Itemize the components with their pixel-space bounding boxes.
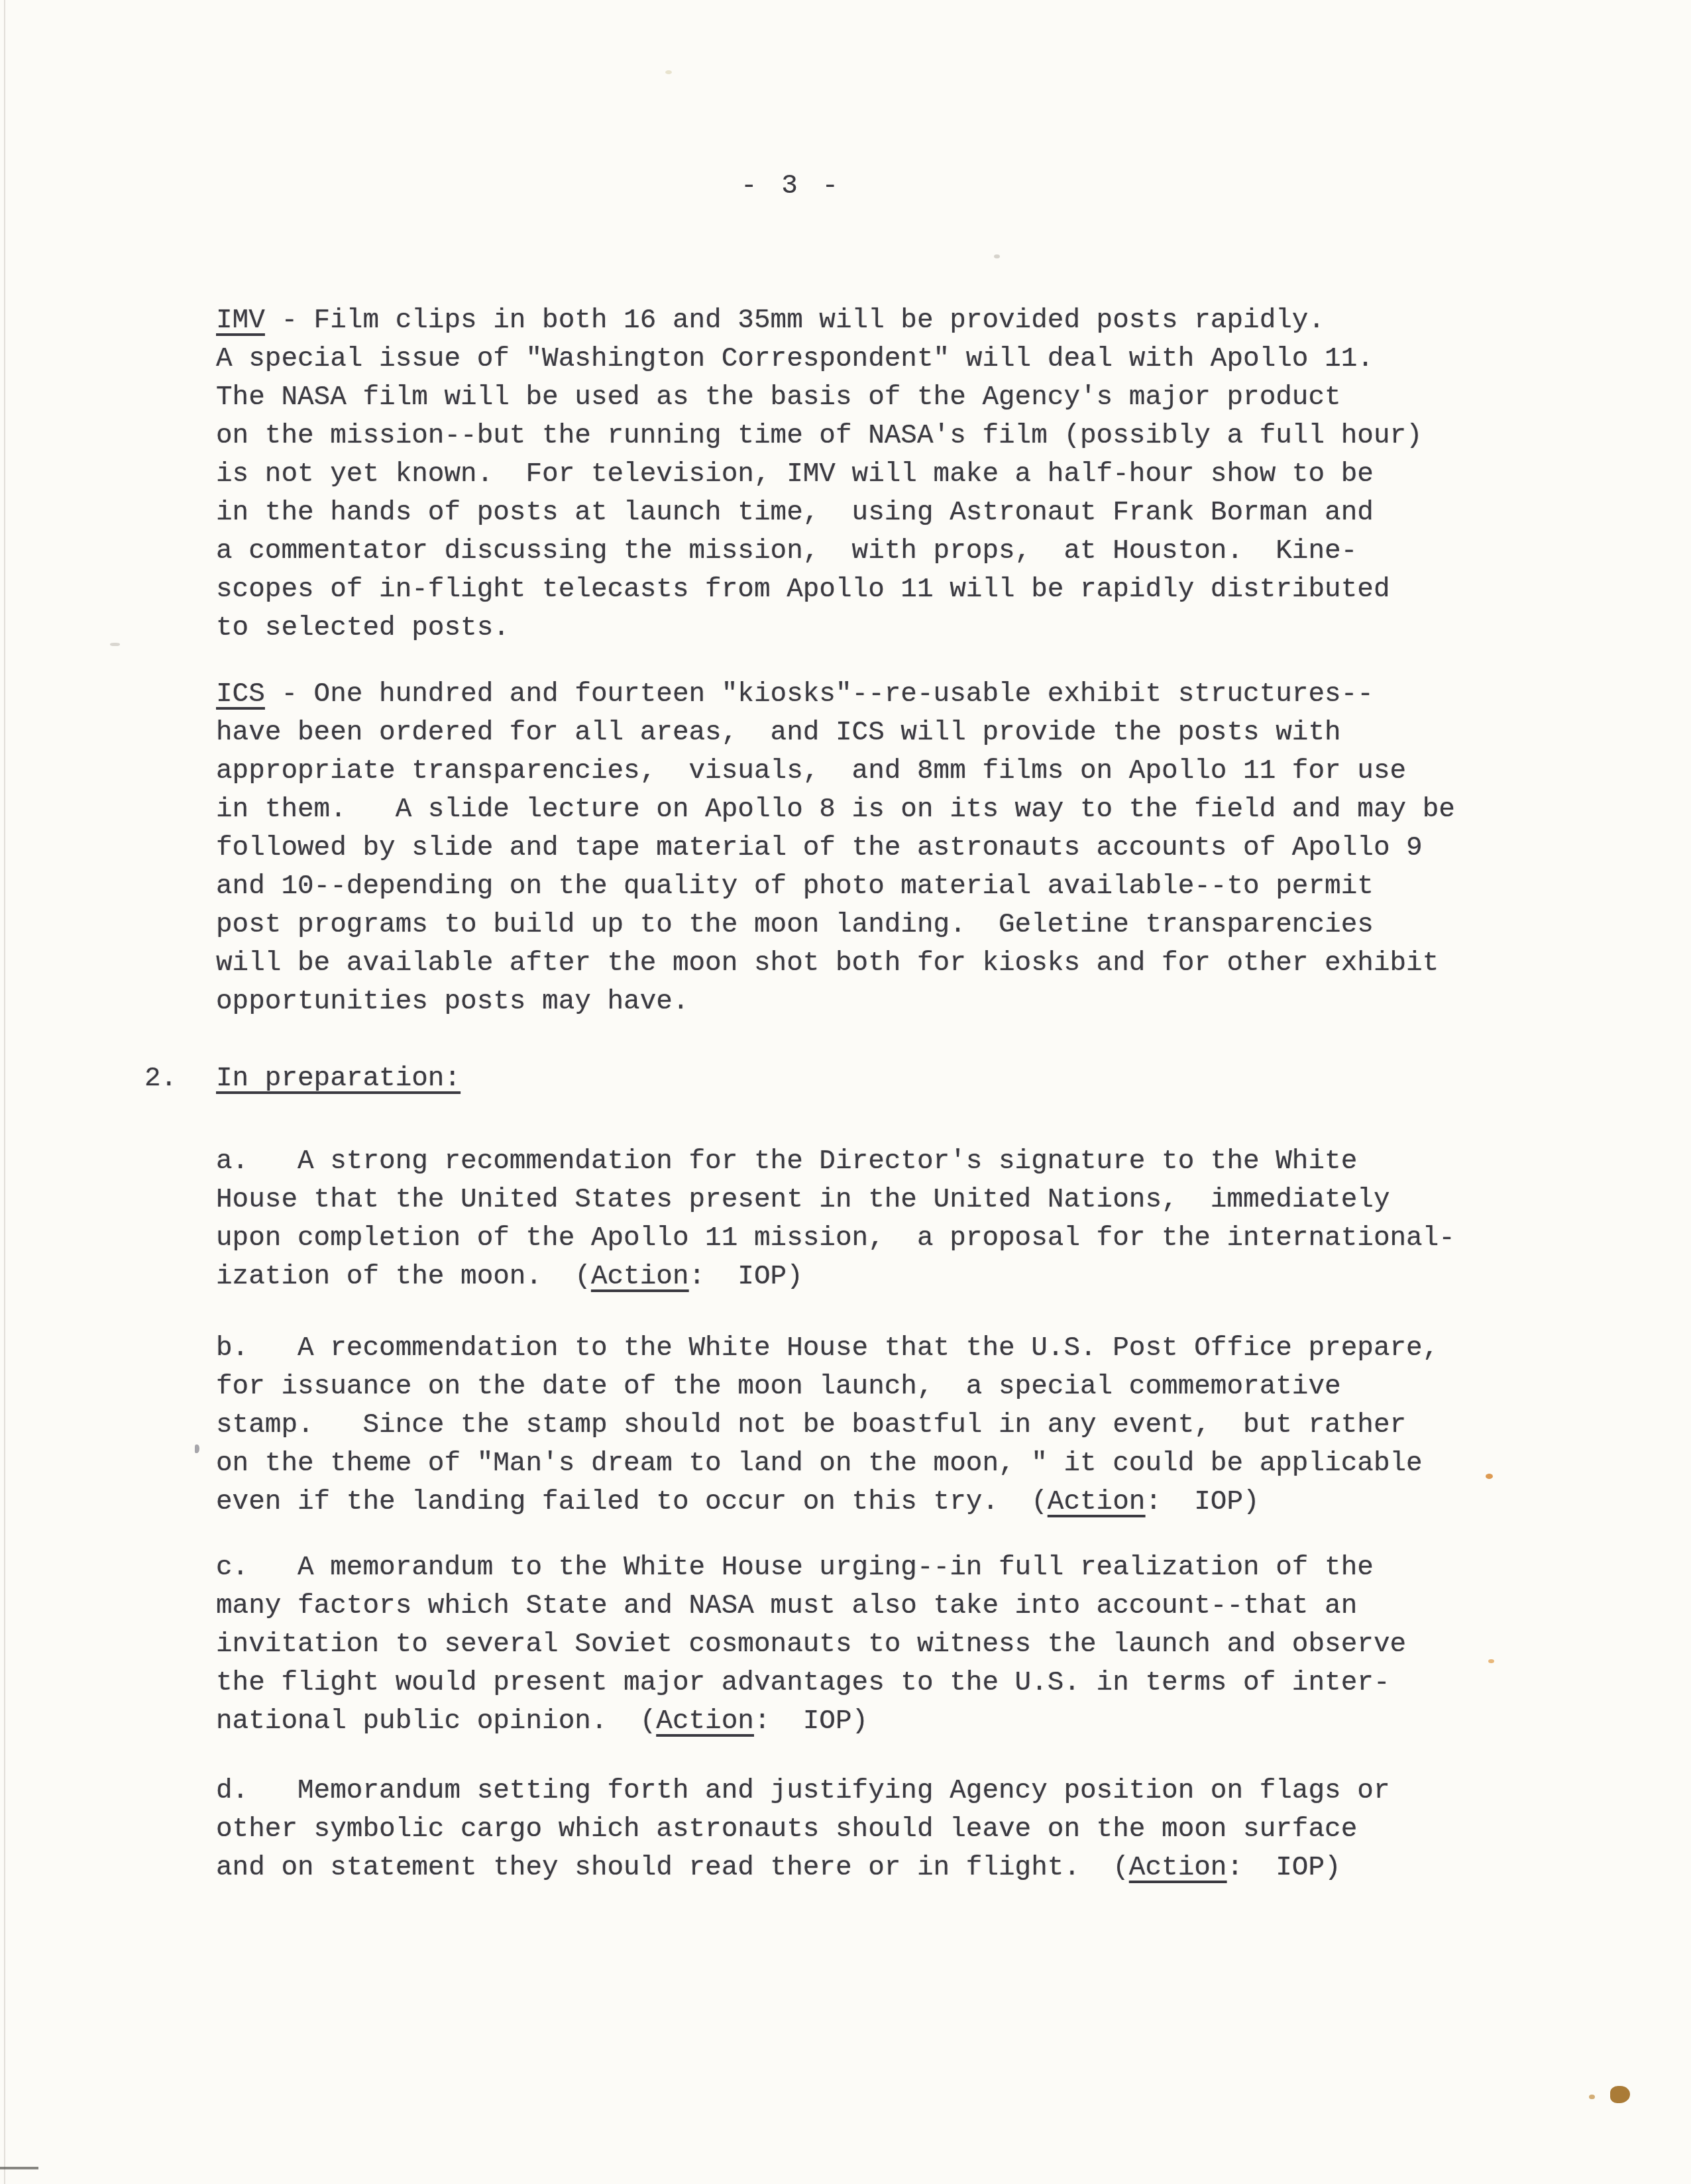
brown-blob-satellite — [1589, 2095, 1595, 2099]
text-line: c. A memorandum to the White House urgin… — [216, 1549, 1406, 1587]
text-line: national public opinion. (Action: IOP) — [216, 1702, 1406, 1741]
text-line: a commentator discussing the mission, wi… — [216, 532, 1423, 571]
text-line: IMV - Film clips in both 16 and 35mm wil… — [216, 301, 1423, 340]
orange-speck-2 — [1488, 1659, 1494, 1663]
underlined-text: Action — [656, 1706, 754, 1737]
text-line: the flight would present major advantage… — [216, 1664, 1406, 1702]
text-line: followed by slide and tape material of t… — [216, 829, 1455, 867]
document-page: - 3 - IMV - Film clips in both 16 and 35… — [0, 0, 1691, 2184]
faint-speck-top — [665, 70, 672, 74]
underlined-text: Action — [1048, 1487, 1146, 1517]
section-number: 2. — [144, 1060, 177, 1098]
heading-in-preparation: 2.In preparation: — [216, 1060, 461, 1098]
text-line: In preparation: — [216, 1060, 461, 1098]
para-imv: IMV - Film clips in both 16 and 35mm wil… — [216, 301, 1423, 647]
text-line: a. A strong recommendation for the Direc… — [216, 1142, 1455, 1181]
text-line: will be available after the moon shot bo… — [216, 944, 1455, 983]
text-line: invitation to several Soviet cosmonauts … — [216, 1625, 1406, 1664]
item-a: a. A strong recommendation for the Direc… — [216, 1142, 1455, 1296]
text-line: for issuance on the date of the moon lau… — [216, 1368, 1439, 1406]
text-line: other symbolic cargo which astronauts sh… — [216, 1810, 1390, 1849]
text-line: in the hands of posts at launch time, us… — [216, 494, 1423, 532]
left-scan-line — [4, 0, 5, 2184]
para-ics: ICS - One hundred and fourteen "kiosks"-… — [216, 675, 1455, 1021]
underlined-text: In preparation: — [216, 1064, 461, 1094]
underlined-text: IMV — [216, 305, 265, 336]
text-line: and on statement they should read there … — [216, 1849, 1390, 1887]
text-line: stamp. Since the stamp should not be boa… — [216, 1406, 1439, 1445]
item-d: d. Memorandum setting forth and justifyi… — [216, 1772, 1390, 1887]
text-line: A special issue of "Washington Correspon… — [216, 340, 1423, 378]
text-line: even if the landing failed to occur on t… — [216, 1483, 1439, 1521]
text-line: on the mission--but the running time of … — [216, 417, 1423, 455]
page-number: - 3 - — [741, 171, 842, 201]
text-line: b. A recommendation to the White House t… — [216, 1329, 1439, 1368]
faint-speck-mid — [994, 254, 1000, 258]
faint-dash-left — [110, 643, 120, 646]
text-line: on the theme of "Man's dream to land on … — [216, 1445, 1439, 1483]
underlined-text: Action — [591, 1262, 689, 1292]
text-line: House that the United States present in … — [216, 1181, 1455, 1219]
stray-comma-mark — [195, 1445, 199, 1453]
item-b: b. A recommendation to the White House t… — [216, 1329, 1439, 1521]
text-line: upon completion of the Apollo 11 mission… — [216, 1219, 1455, 1258]
text-line: opportunities posts may have. — [216, 983, 1455, 1021]
text-line: ICS - One hundred and fourteen "kiosks"-… — [216, 675, 1455, 714]
text-line: post programs to build up to the moon la… — [216, 906, 1455, 944]
text-line: to selected posts. — [216, 609, 1423, 647]
text-line: in them. A slide lecture on Apollo 8 is … — [216, 791, 1455, 829]
orange-speck-1 — [1486, 1474, 1493, 1479]
text-line: d. Memorandum setting forth and justifyi… — [216, 1772, 1390, 1810]
text-line: ization of the moon. (Action: IOP) — [216, 1258, 1455, 1296]
text-line: appropriate transparencies, visuals, and… — [216, 752, 1455, 791]
text-line: scopes of in-flight telecasts from Apoll… — [216, 571, 1423, 609]
text-line: The NASA film will be used as the basis … — [216, 378, 1423, 417]
underlined-text: ICS — [216, 679, 265, 710]
text-line: and 10--depending on the quality of phot… — [216, 867, 1455, 906]
text-line: many factors which State and NASA must a… — [216, 1587, 1406, 1625]
text-line: have been ordered for all areas, and ICS… — [216, 714, 1455, 752]
brown-blob — [1610, 2086, 1630, 2103]
text-line: is not yet known. For television, IMV wi… — [216, 455, 1423, 494]
underlined-text: Action — [1129, 1853, 1227, 1883]
item-c: c. A memorandum to the White House urgin… — [216, 1549, 1406, 1741]
bottom-scan-edge — [0, 2167, 38, 2169]
